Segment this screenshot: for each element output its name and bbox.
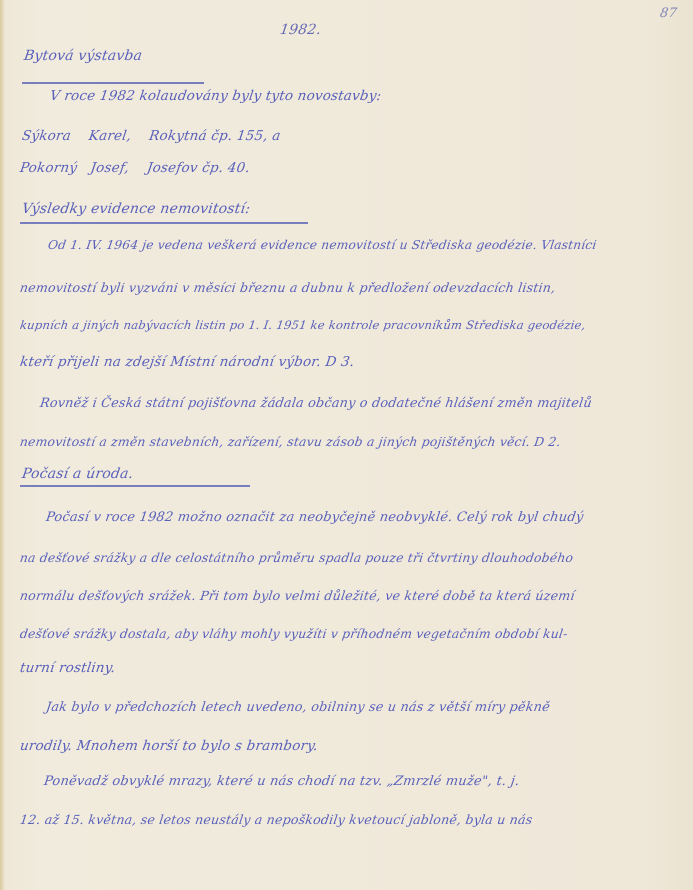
text-line: dešťové srážky dostala, aby vláhy mohly … (19, 626, 569, 641)
section-heading-property-records: Výsledky evidence nemovitostí: (21, 201, 251, 217)
text-line: turní rostliny. (19, 660, 117, 676)
text-line: 12. až 15. května, se letos neustály a n… (19, 812, 534, 827)
text-line: V roce 1982 kolaudovány byly tyto novost… (49, 88, 383, 104)
text-line: Od 1. IV. 1964 je vedena veškerá evidenc… (47, 238, 598, 252)
heading-underline (20, 485, 250, 487)
text-line: urodily. Mnohem horší to bylo s brambory… (19, 738, 319, 754)
text-line: normálu dešťových srážek. Při tom bylo v… (19, 588, 576, 603)
text-line: na dešťové srážky a dle celostátního prů… (19, 550, 574, 565)
section-heading-weather-harvest: Počasí a úroda. (21, 466, 135, 482)
text-line: kupních a jiných nabývacích listin po 1.… (19, 318, 587, 332)
heading-underline (22, 82, 204, 84)
text-line: nemovitostí byli vyzváni v měsíci březnu… (19, 280, 557, 295)
text-line: Sýkora Karel, Rokytná čp. 155, a (21, 128, 282, 144)
text-line: nemovitostí a změn stavebních, zařízení,… (19, 434, 562, 449)
text-line: Počasí v roce 1982 možno označit za neob… (45, 510, 584, 525)
text-line: Rovněž i Česká státní pojišťovna žádala … (39, 396, 593, 411)
page-binding-edge (0, 0, 4, 890)
text-line: Pokorný Josef, Josefov čp. 40. (19, 160, 251, 176)
text-line: Poněvadž obvyklé mrazy, které u nás chod… (43, 774, 520, 789)
text-line: kteří přijeli na zdejší Místní národní v… (19, 354, 356, 370)
text-line: Jak bylo v předchozích letech uvedeno, o… (45, 700, 551, 715)
year-header: 1982. (279, 22, 322, 38)
handwritten-chronicle-page: 87 1982. Bytová výstavba V roce 1982 kol… (0, 0, 693, 890)
section-heading-housing: Bytová výstavba (23, 48, 143, 64)
page-number: 87 (659, 6, 678, 21)
heading-underline (20, 222, 308, 224)
